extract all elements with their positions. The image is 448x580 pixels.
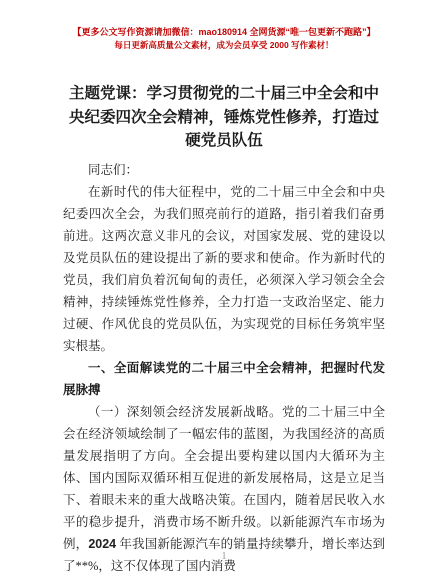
section-1-paragraph-text-a: （一）深刻领会经济发展新战略。党的二十届三中全会在经济领域绘制了一幅宏伟的蓝图，… <box>63 405 385 551</box>
promo-banner: 【更多公文写作资源请加微信：mao180914 全网货源“唯一包更新不跑路”】 … <box>0 0 448 52</box>
salutation: 同志们： <box>63 159 385 181</box>
paragraph-intro: 在新时代的伟大征程中，党的二十届三中全会和中央纪委四次全会，为我们照亮前行的道路… <box>63 181 385 357</box>
document-title: 主题党课：学习贯彻党的二十届三中全会和中央纪委四次全会精神，锤炼党性修养，打造过… <box>62 82 386 153</box>
page-number: 1 <box>0 551 448 562</box>
section-1-paragraph-year: 2024 <box>88 537 116 551</box>
document-body: 同志们： 在新时代的伟大征程中，党的二十届三中全会和中央纪委四次全会，为我们照亮… <box>63 159 385 577</box>
promo-banner-line2: 每日更新高质量公文素材，成为会员享受 2000 写作素材！ <box>0 39 448 52</box>
promo-banner-line1: 【更多公文写作资源请加微信：mao180914 全网货源“唯一包更新不跑路”】 <box>0 26 448 39</box>
section-1-heading: 一、全面解读党的二十届三中全会精神，把握时代发展脉搏 <box>63 357 385 401</box>
document-page: 【更多公文写作资源请加微信：mao180914 全网货源“唯一包更新不跑路”】 … <box>0 0 448 580</box>
